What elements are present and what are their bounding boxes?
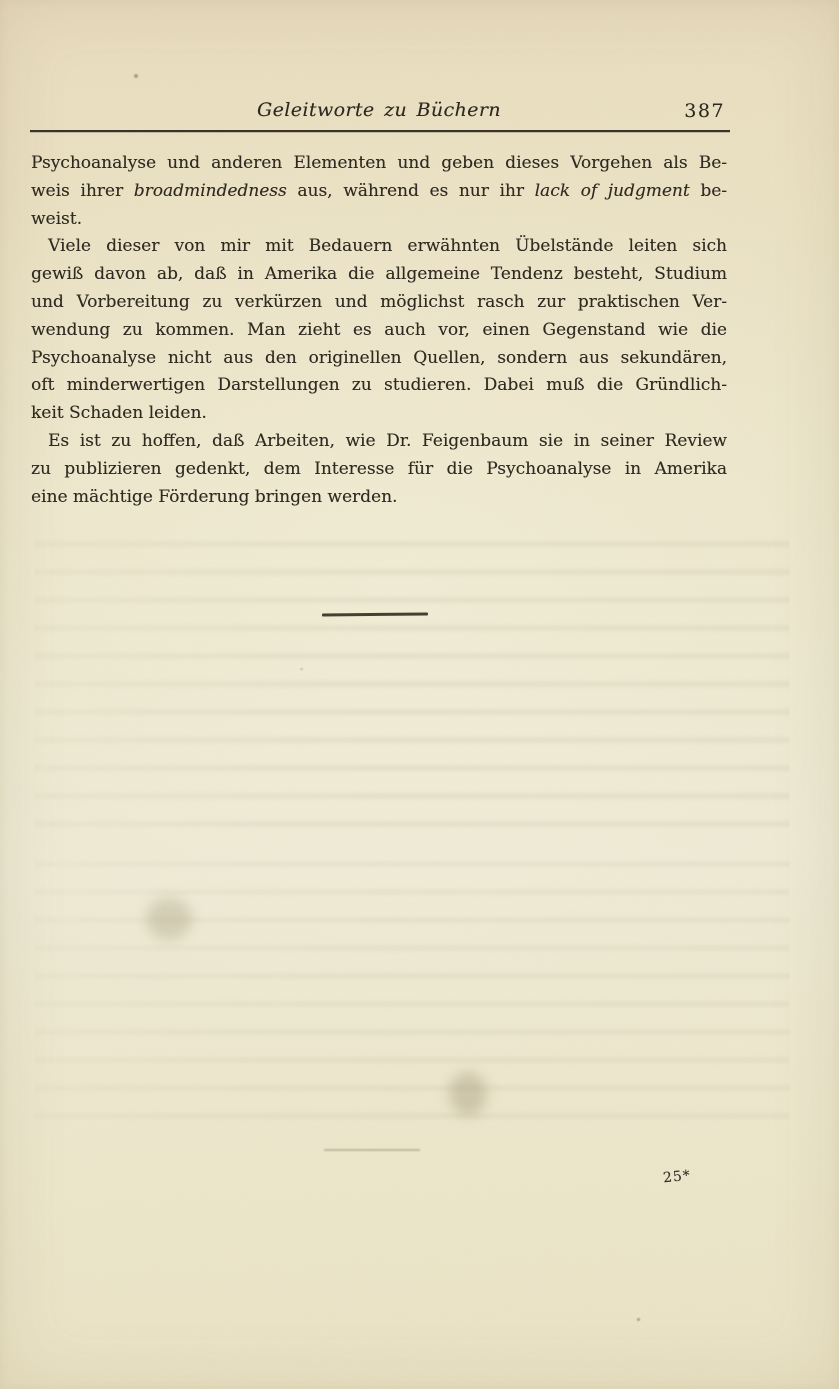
text-segment: Es ist zu hoffen, daß Arbeiten, wie Dr. … <box>48 431 727 451</box>
bleedthrough-divider <box>324 1149 420 1151</box>
text-line: weist. <box>31 206 727 234</box>
running-title: Geleitworte zu Büchern <box>31 99 727 121</box>
text-line: Psychoanalyse nicht aus den originellen … <box>31 345 727 373</box>
bleedthrough-text-lower <box>34 851 790 1135</box>
text-segment: oft minderwertigen Darstellungen zu stud… <box>31 375 727 395</box>
emphasized-text: broadmindedness <box>134 181 287 201</box>
text-line: zu publizieren gedenkt, dem Interesse fü… <box>31 456 727 484</box>
paper-speck <box>300 668 303 670</box>
text-line: Viele dieser von mir mit Bedauern erwähn… <box>31 233 727 261</box>
text-segment: weis ihrer <box>31 181 134 201</box>
paper-smudge <box>146 898 192 940</box>
running-header: Geleitworte zu Büchern 387 <box>31 99 727 129</box>
text-segment: wendung zu kommen. Man zieht es auch vor… <box>31 320 727 340</box>
text-line: gewiß davon ab, daß in Amerika die allge… <box>31 261 727 289</box>
text-line: Psychoanalyse und anderen Elementen und … <box>31 150 727 178</box>
paper-speck <box>637 1318 640 1321</box>
printer-signature-mark: 25* <box>662 1168 691 1187</box>
text-line: eine mächtige Förderung bringen werden. <box>31 484 727 512</box>
text-segment: weist. <box>31 209 82 229</box>
paper-smudge <box>449 1072 487 1116</box>
emphasized-text: lack of judgment <box>535 181 690 201</box>
text-segment: gewiß davon ab, daß in Amerika die allge… <box>31 264 727 284</box>
text-line: und Vorbereitung zu verkürzen und möglic… <box>31 289 727 317</box>
text-line: weis ihrer broadmindedness aus, während … <box>31 178 727 206</box>
text-segment: Psychoanalyse nicht aus den originellen … <box>31 348 727 368</box>
bleedthrough-text-upper <box>34 531 790 843</box>
text-line: keit Schaden leiden. <box>31 400 727 428</box>
page-body-text: Psychoanalyse und anderen Elementen und … <box>31 150 727 511</box>
paper-speck <box>134 74 138 78</box>
text-segment: aus, während es nur ihr <box>287 181 535 201</box>
text-line: oft minderwertigen Darstellungen zu stud… <box>31 372 727 400</box>
paragraph: Psychoanalyse und anderen Elementen und … <box>31 150 727 233</box>
text-line: wendung zu kommen. Man zieht es auch vor… <box>31 317 727 345</box>
paragraph: Es ist zu hoffen, daß Arbeiten, wie Dr. … <box>31 428 727 511</box>
text-segment: keit Schaden leiden. <box>31 403 207 423</box>
text-segment: zu publizieren gedenkt, dem Interesse fü… <box>31 459 727 479</box>
paragraph: Viele dieser von mir mit Bedauern erwähn… <box>31 233 727 428</box>
text-line: Es ist zu hoffen, daß Arbeiten, wie Dr. … <box>31 428 727 456</box>
text-segment: und Vorbereitung zu verkürzen und möglic… <box>31 292 727 312</box>
section-divider <box>322 612 428 616</box>
text-segment: be- <box>690 181 727 201</box>
text-segment: eine mächtige Förderung bringen werden. <box>31 487 397 507</box>
page-number: 387 <box>684 100 725 122</box>
book-page: Geleitworte zu Büchern 387 Psychoanalyse… <box>0 0 839 1389</box>
header-rule <box>30 130 730 132</box>
text-segment: Psychoanalyse und anderen Elementen und … <box>31 153 727 173</box>
text-segment: Viele dieser von mir mit Bedauern erwähn… <box>48 236 727 256</box>
